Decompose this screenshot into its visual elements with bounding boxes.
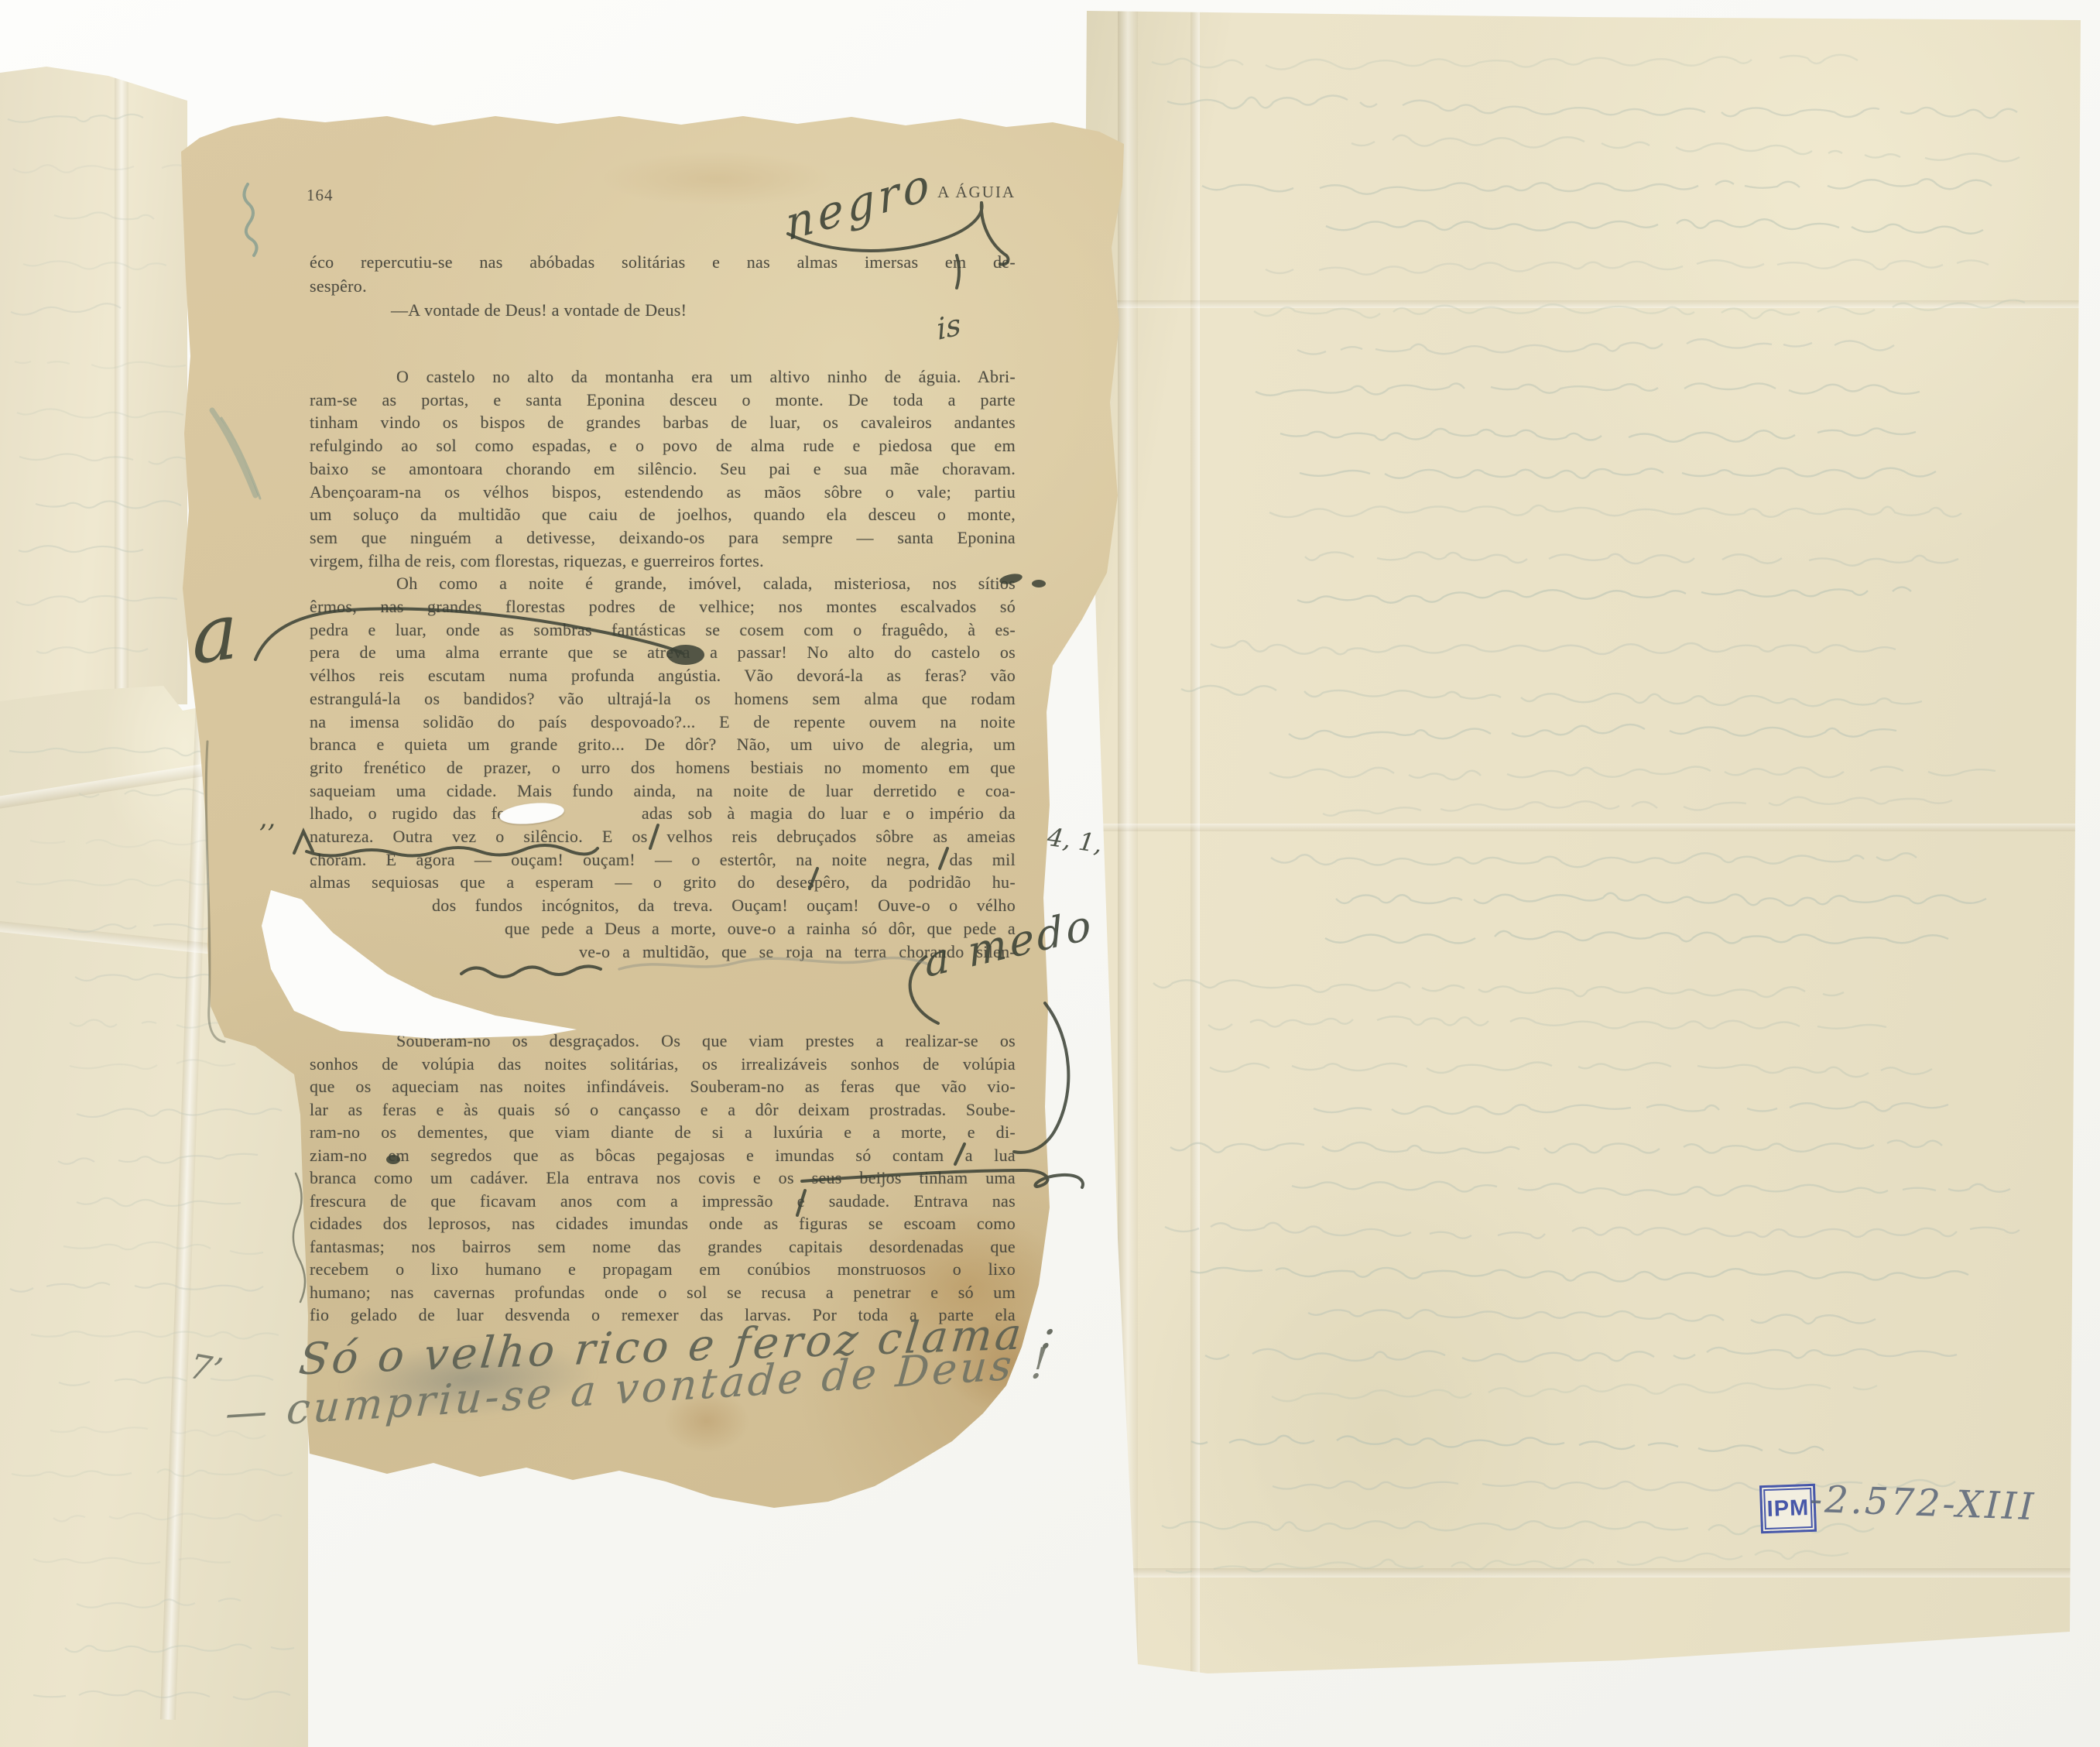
print-line: fantasmas; nos bairros sem nome das gran… — [310, 1237, 1016, 1257]
archive-stamp: IPM — [1759, 1484, 1817, 1533]
paper-stain — [664, 1390, 749, 1452]
print-line: na imensa solidão do país despovoado?...… — [310, 712, 1016, 732]
print-line: almas sequiosas que a esperam — o grito … — [310, 872, 1016, 892]
print-line: branca e quieta um grande grito... De dô… — [310, 735, 1016, 755]
print-line: Souberam-no os desgraçados. Os que viam … — [310, 1031, 1016, 1051]
print-line: ziam-no em segredos que as bôcas pegajos… — [310, 1146, 1016, 1166]
print-line: natureza. Outra vez o silêncio. E os vel… — [310, 827, 1016, 847]
print-line: sespêro. — [310, 276, 367, 296]
scanned-document-scene: 164 A ÁGUIA éco repercutiu-se nas abóbad… — [0, 0, 2100, 1747]
print-line: estrangulá-la os bandidos? vão ultrajá-l… — [310, 689, 1016, 709]
print-line: pera de uma alma errante que se atreva a… — [310, 642, 1016, 663]
print-line: um soluço da multidão que caiu de joelho… — [310, 505, 1016, 525]
print-line: ve-o a multidão, que se roja na terra ch… — [579, 942, 1016, 962]
print-line: baixo se amontoara chorando em silêncio.… — [310, 459, 1016, 479]
publication-title: A ÁGUIA — [851, 183, 1016, 202]
archive-number: -2.572-XIII — [1809, 1478, 2037, 1529]
print-line: que os aqueciam nas noites infindáveis. … — [310, 1077, 1016, 1097]
print-line: choram. E agora — ouçam! ouçam! — o este… — [310, 850, 1016, 870]
print-line: fio gelado de luar desvenda o remexer da… — [310, 1305, 1016, 1325]
faint-handwriting-texture — [1082, 8, 2084, 1680]
print-line: ram-se as portas, e santa Eponina desceu… — [310, 390, 1016, 410]
print-line: êrmos, nas grandes florestas podres de v… — [310, 597, 1016, 617]
stamp-label: IPM — [1766, 1495, 1810, 1523]
print-line: lar as feras e às quais só o cançasso e … — [310, 1100, 1016, 1120]
print-line: lhado, o rugido das feras tr adas sob à … — [310, 803, 1016, 824]
print-line: ram-no os dementes, que viam diante de s… — [310, 1122, 1016, 1142]
print-line: sem que ninguém a detivesse, deixando-os… — [310, 528, 1016, 548]
print-line: virgem, filha de reis, com florestas, ri… — [310, 551, 764, 571]
print-line: dos fundos incógnitos, da treva. Ouçam! … — [432, 896, 1016, 916]
annotation-margin-tallies: 4, 1, — [1046, 822, 1105, 859]
print-line: cidades dos leprosos, nas cidades imunda… — [310, 1214, 1016, 1234]
letter-sheet-left-top — [0, 65, 187, 704]
print-line: pedra e luar, onde as sombras fantástica… — [310, 620, 1016, 640]
print-line: saqueiam uma cidade. Mais fundo ainda, n… — [310, 781, 1016, 801]
print-line: grito frenético de prazer, o urro dos ho… — [310, 758, 1016, 778]
print-line: branca como um cadáver. Ela entrava nos … — [310, 1168, 1016, 1188]
print-line: Abençoaram-na os vélhos bispos, estenden… — [310, 482, 1016, 502]
print-line: recebem o lixo humano e propagam em conú… — [310, 1259, 1016, 1279]
paper-stain — [602, 152, 834, 206]
print-line: tinham vindo os bispos de grandes barbas… — [310, 413, 1016, 433]
print-line: éco repercutiu-se nas abóbadas solitária… — [310, 252, 1016, 272]
page-number: 164 — [307, 186, 334, 205]
print-line: frescura de que ficavam anos com a impre… — [310, 1191, 1016, 1211]
print-line: refulgindo ao sol como espadas, e o povo… — [310, 436, 1016, 456]
print-line: sonhos de volúpia das noites solitárias,… — [310, 1054, 1016, 1074]
letter-sheet-right — [1082, 8, 2084, 1680]
print-line: vélhos reis escutam numa profunda angúst… — [310, 666, 1016, 686]
print-line: —A vontade de Deus! a vontade de Deus! — [391, 300, 687, 320]
paper-stain — [943, 1313, 1074, 1413]
print-line: Oh como a noite é grande, imóvel, calada… — [310, 574, 1016, 594]
faint-handwriting-texture — [0, 65, 187, 704]
print-line: humano; nas cavernas profundas onde o so… — [310, 1283, 1016, 1303]
print-line: que pede a Deus a morte, ouve-o a rainha… — [505, 919, 1016, 939]
print-line: O castelo no alto da montanha era um alt… — [310, 367, 1016, 387]
